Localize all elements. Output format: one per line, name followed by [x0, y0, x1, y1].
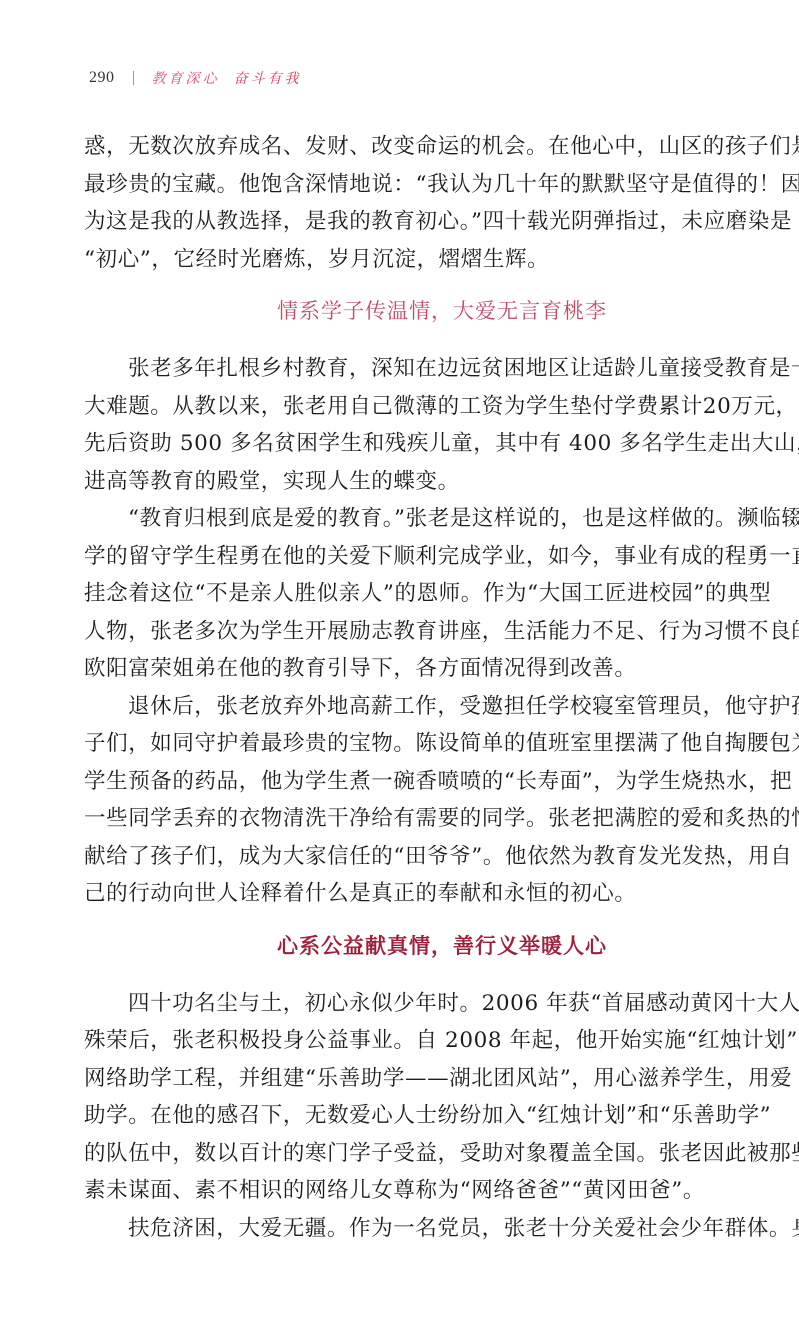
text-line: 网络助学工程，并组建“乐善助学——湖北团风站”，用心滋养学生，用爱 [84, 1060, 799, 1098]
running-header: 290 教育深心奋斗有我 [89, 66, 302, 90]
text-line: “教育归根到底是爱的教育。”张老是这样说的，也是这样做的。濒临辍 [84, 500, 799, 538]
paragraph: 张老多年扎根乡村教育，深知在边远贫困地区让适龄儿童接受教育是一 大难题。从教以来… [84, 350, 799, 500]
text-line: 四十功名尘与土，初心永似少年时。2006 年获“首届感动黄冈十大人物” [84, 985, 799, 1023]
text-line: 张老多年扎根乡村教育，深知在边远贫困地区让适龄儿童接受教育是一 [84, 350, 799, 388]
text-line: 进高等教育的殿堂，实现人生的蝶变。 [84, 463, 799, 501]
text-line: 欧阳富荣姐弟在他的教育引导下，各方面情况得到改善。 [84, 650, 799, 688]
text-line: 一些同学丢弃的衣物清洗干净给有需要的同学。张老把满腔的爱和炙热的情 [84, 800, 799, 838]
text-line: 挂念着这位“不是亲人胜似亲人”的恩师。作为“大国工匠进校园”的典型 [84, 575, 799, 613]
section-heading-2: 心系公益献真情，善行义举暖人心 [84, 931, 799, 961]
book-title-part1: 教育深心 [152, 71, 220, 87]
text-line: “初心”，它经时光磨炼，岁月沉淀，熠熠生辉。 [84, 241, 799, 279]
page-number: 290 [89, 69, 115, 87]
text-line: 子们，如同守护着最珍贵的宝物。陈设简单的值班室里摆满了他自掏腰包为 [84, 725, 799, 763]
text-line: 己的行动向世人诠释着什么是真正的奉献和永恒的初心。 [84, 875, 799, 913]
text-line: 助学。在他的感召下，无数爱心人士纷纷加入“红烛计划”和“乐善助学” [84, 1097, 799, 1135]
paragraph: 扶危济困，大爱无疆。作为一名党员，张老十分关爱社会少年群体。身 [84, 1210, 799, 1248]
paragraph: “教育归根到底是爱的教育。”张老是这样说的，也是这样做的。濒临辍 学的留守学生程… [84, 500, 799, 688]
paragraph-continued: 惑，无数次放弃成名、发财、改变命运的机会。在他心中，山区的孩子们是 最珍贵的宝藏… [84, 128, 799, 278]
text-line: 为这是我的从教选择，是我的教育初心。”四十载光阴弹指过，未应磨染是 [84, 203, 799, 241]
text-line: 大难题。从教以来，张老用自己微薄的工资为学生垫付学费累计20万元， [84, 388, 799, 426]
text-line: 素未谋面、素不相识的网络儿女尊称为“网络爸爸”“黄冈田爸”。 [84, 1172, 799, 1210]
paragraph: 四十功名尘与土，初心永似少年时。2006 年获“首届感动黄冈十大人物” 殊荣后，… [84, 985, 799, 1210]
text-line: 最珍贵的宝藏。他饱含深情地说：“我认为几十年的默默坚守是值得的！因 [84, 166, 799, 204]
text-line: 学的留守学生程勇在他的关爱下顺利完成学业，如今，事业有成的程勇一直 [84, 538, 799, 576]
text-line: 献给了孩子们，成为大家信任的“田爷爷”。他依然为教育发光发热，用自 [84, 838, 799, 876]
book-title: 教育深心奋斗有我 [152, 68, 302, 88]
header-divider [133, 71, 134, 85]
text-line: 学生预备的药品，他为学生煮一碗香喷喷的“长寿面”，为学生烧热水，把 [84, 763, 799, 801]
text-line: 退休后，张老放弃外地高薪工作，受邀担任学校寝室管理员，他守护孩 [84, 688, 799, 726]
text-line: 惑，无数次放弃成名、发财、改变命运的机会。在他心中，山区的孩子们是 [84, 128, 799, 166]
text-line: 扶危济困，大爱无疆。作为一名党员，张老十分关爱社会少年群体。身 [84, 1210, 799, 1248]
section-heading-1: 情系学子传温情，大爱无言育桃李 [84, 296, 799, 326]
text-line: 的队伍中，数以百计的寒门学子受益，受助对象覆盖全国。张老因此被那些 [84, 1135, 799, 1173]
text-line: 先后资助 500 多名贫困学生和残疾儿童，其中有 400 多名学生走出大山，走 [84, 425, 799, 463]
text-line: 人物，张老多次为学生开展励志教育讲座，生活能力不足、行为习惯不良的 [84, 613, 799, 651]
text-line: 殊荣后，张老积极投身公益事业。自 2008 年起，他开始实施“红烛计划” [84, 1022, 799, 1060]
paragraph: 退休后，张老放弃外地高薪工作，受邀担任学校寝室管理员，他守护孩 子们，如同守护着… [84, 688, 799, 913]
page-body: 惑，无数次放弃成名、发财、改变命运的机会。在他心中，山区的孩子们是 最珍贵的宝藏… [84, 128, 799, 1247]
book-title-part2: 奋斗有我 [234, 71, 302, 87]
